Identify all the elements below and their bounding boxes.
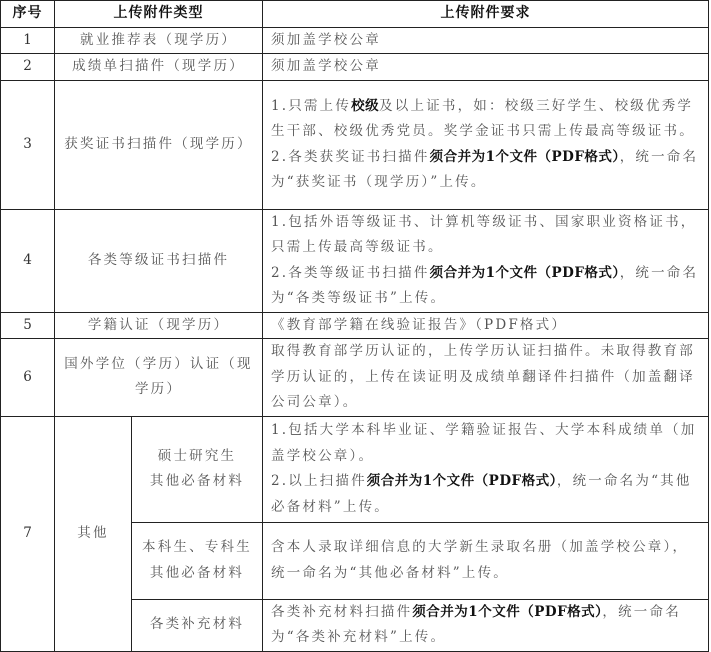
- row-no: 4: [1, 209, 55, 312]
- row-type: 成绩单扫描件（现学历）: [55, 54, 263, 81]
- sub-type: 各类补充材料: [132, 599, 263, 644]
- table-row: 6 国外学位（学历）认证（现学历） 取得教育部学历认证的，上传学历认证扫描件。未…: [1, 339, 709, 417]
- row-type: 学籍认证（现学历）: [55, 312, 263, 339]
- header-type: 上传附件类型: [55, 1, 263, 28]
- sub-requirement: 各类补充材料扫描件须合并为1个文件（PDF格式），统一命名为“各类补充材料”上传…: [263, 599, 709, 644]
- row-no: 2: [1, 54, 55, 81]
- header-no: 序号: [1, 1, 55, 28]
- row-no: 1: [1, 27, 55, 54]
- row-no: 6: [1, 339, 55, 417]
- row-no: 5: [1, 312, 55, 339]
- row-type: 国外学位（学历）认证（现学历）: [55, 339, 263, 417]
- table-row: 4 各类等级证书扫描件 1.包括外语等级证书、计算机等级证书、国家职业资格证书，…: [1, 209, 709, 312]
- header-row: 序号 上传附件类型 上传附件要求: [1, 1, 709, 28]
- sub-type: 本科生、专科生 其他必备材料: [132, 522, 263, 599]
- row-requirement: 1.包括外语等级证书、计算机等级证书、国家职业资格证书，只需上传最高等级证书。 …: [263, 209, 709, 312]
- row-requirement: 须加盖学校公章: [263, 54, 709, 81]
- table-row: 3 获奖证书扫描件（现学历） 1.只需上传校级及以上证书，如：校级三好学生、校级…: [1, 80, 709, 209]
- upload-requirements-table: 序号 上传附件类型 上传附件要求 1 就业推荐表（现学历） 须加盖学校公章 2 …: [0, 0, 709, 644]
- table-row: 2 成绩单扫描件（现学历） 须加盖学校公章: [1, 54, 709, 81]
- row-requirement: 《教育部学籍在线验证报告》（PDF格式）: [263, 312, 709, 339]
- row-type: 其他: [55, 416, 132, 644]
- row-no: 3: [1, 80, 55, 209]
- table-row: 5 学籍认证（现学历） 《教育部学籍在线验证报告》（PDF格式）: [1, 312, 709, 339]
- sub-type: 硕士研究生 其他必备材料: [132, 416, 263, 522]
- row-type: 就业推荐表（现学历）: [55, 27, 263, 54]
- sub-requirement: 含本人录取详细信息的大学新生录取名册（加盖学校公章），统一命名为“其他必备材料”…: [263, 522, 709, 599]
- header-requirement: 上传附件要求: [263, 1, 709, 28]
- row-type: 各类等级证书扫描件: [55, 209, 263, 312]
- row-requirement: 须加盖学校公章: [263, 27, 709, 54]
- sub-requirement: 1.包括大学本科毕业证、学籍验证报告、大学本科成绩单（加盖学校公章）。 2.以上…: [263, 416, 709, 522]
- row-requirement: 取得教育部学历认证的，上传学历认证扫描件。未取得教育部学历认证的，上传在读证明及…: [263, 339, 709, 417]
- row-requirement: 1.只需上传校级及以上证书，如：校级三好学生、校级优秀学生干部、校级优秀党员。奖…: [263, 80, 709, 209]
- table-row: 7 其他 硕士研究生 其他必备材料 1.包括大学本科毕业证、学籍验证报告、大学本…: [1, 416, 709, 522]
- table-row: 1 就业推荐表（现学历） 须加盖学校公章: [1, 27, 709, 54]
- row-no: 7: [1, 416, 55, 644]
- row-type: 获奖证书扫描件（现学历）: [55, 80, 263, 209]
